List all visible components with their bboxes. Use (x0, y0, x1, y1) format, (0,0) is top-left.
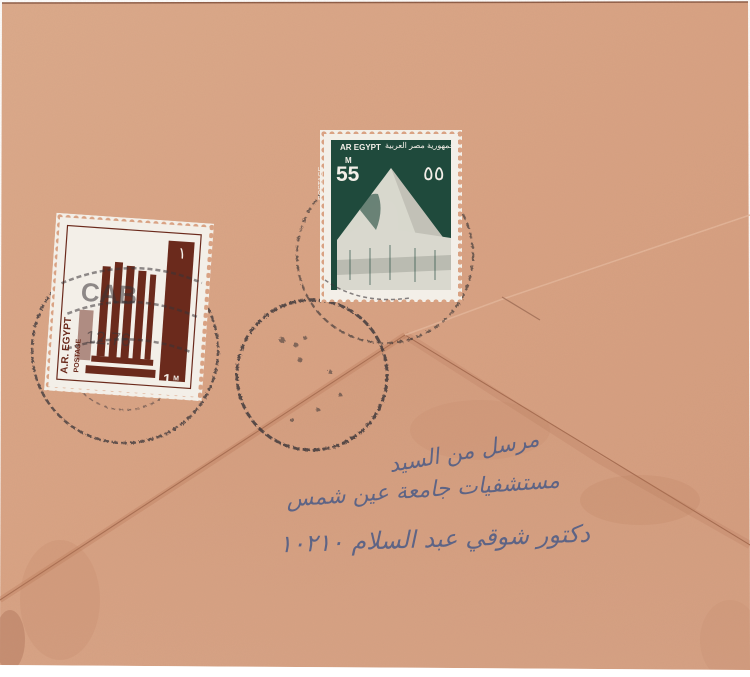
postmark-date: 12.76 (85, 327, 131, 351)
pyramid-sphinx-stamp (320, 130, 462, 302)
stamp-postage-label: POSTAGE (318, 167, 325, 200)
monument-stamp-arabic-value: ١ (177, 243, 187, 264)
stamp-country-label: AR EGYPT (340, 143, 381, 152)
stamp-value: 55 (336, 163, 359, 187)
monument-stamp-value: 1 (163, 371, 172, 388)
svg-text:CAB: CAB (80, 277, 138, 311)
monument-stamp-wrapper: CAB A.R. EGYPT POSTAGE 1 M ١ 12.76 (44, 213, 214, 402)
monument-stamp-unit: M (173, 375, 179, 382)
stamp-arabic-label: جمهورية مصر العربية (385, 141, 455, 150)
stamp-arabic-value: ٥٥ (423, 161, 444, 186)
envelope-scene: AR EGYPT جمهورية مصر العربية M 55 ٥٥ POS… (0, 0, 750, 677)
